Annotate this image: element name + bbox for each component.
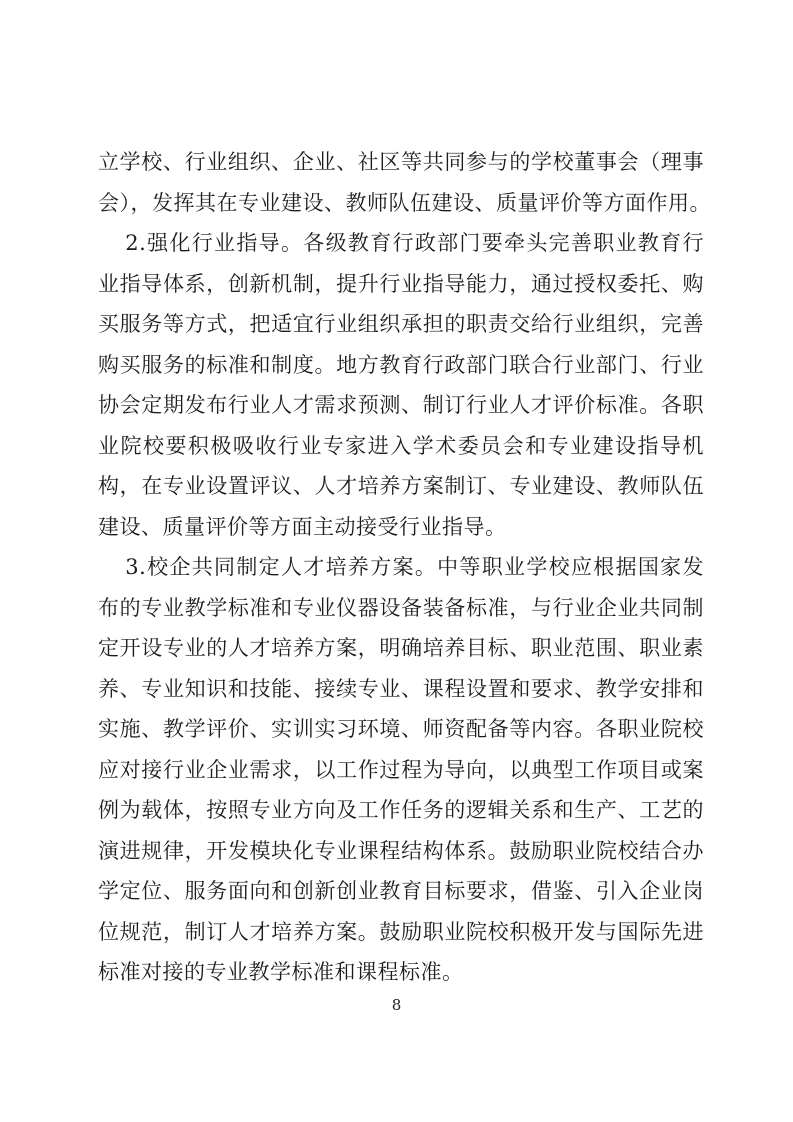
text-line: 业指导体系，创新机制，提升行业指导能力，通过授权委托、购 <box>98 264 704 305</box>
text-line: 应对接行业企业需求，以工作过程为导向，以典型工作项目或案 <box>98 750 704 791</box>
text-line: 例为载体，按照专业方向及工作任务的逻辑关系和生产、工艺的 <box>98 790 704 831</box>
text-line: 定开设专业的人才培养方案，明确培养目标、职业范围、职业素 <box>98 628 704 669</box>
text-line: 买服务等方式，把适宜行业组织承担的职责交给行业组织，完善 <box>98 304 704 345</box>
text-line: 布的专业教学标准和专业仪器设备装备标准，与行业企业共同制 <box>98 588 704 629</box>
paragraph-end-line: 标准对接的专业教学标准和课程标准。 <box>98 952 704 993</box>
text-line: 会），发挥其在专业建设、教师队伍建设、质量评价等方面作用。 <box>98 183 704 224</box>
text-line: 学定位、服务面向和创新创业教育目标要求，借鉴、引入企业岗 <box>98 871 704 912</box>
text-line: 协会定期发布行业人才需求预测、制订行业人才评价标准。各职 <box>98 385 704 426</box>
document-text-block: 立学校、行业组织、企业、社区等共同参与的学校董事会（理事 会），发挥其在专业建设… <box>98 142 704 993</box>
paragraph-start-line: 3.校企共同制定人才培养方案。中等职业学校应根据国家发 <box>98 547 704 588</box>
text-line: 演进规律，开发模块化专业课程结构体系。鼓励职业院校结合办 <box>98 831 704 872</box>
page-number: 8 <box>0 994 793 1016</box>
paragraph-start-line: 2.强化行业指导。各级教育行政部门要牵头完善职业教育行 <box>98 223 704 264</box>
text-line: 实施、教学评价、实训实习环境、师资配备等内容。各职业院校 <box>98 709 704 750</box>
text-line: 养、专业知识和技能、接续专业、课程设置和要求、教学安排和 <box>98 669 704 710</box>
paragraph-end-line: 建设、质量评价等方面主动接受行业指导。 <box>98 507 704 548</box>
text-line: 购买服务的标准和制度。地方教育行政部门联合行业部门、行业 <box>98 345 704 386</box>
document-page: 立学校、行业组织、企业、社区等共同参与的学校董事会（理事 会），发挥其在专业建设… <box>0 0 793 1122</box>
text-line: 立学校、行业组织、企业、社区等共同参与的学校董事会（理事 <box>98 142 704 183</box>
text-line: 位规范，制订人才培养方案。鼓励职业院校积极开发与国际先进 <box>98 912 704 953</box>
text-line: 业院校要积极吸收行业专家进入学术委员会和专业建设指导机 <box>98 426 704 467</box>
text-line: 构，在专业设置评议、人才培养方案制订、专业建设、教师队伍 <box>98 466 704 507</box>
